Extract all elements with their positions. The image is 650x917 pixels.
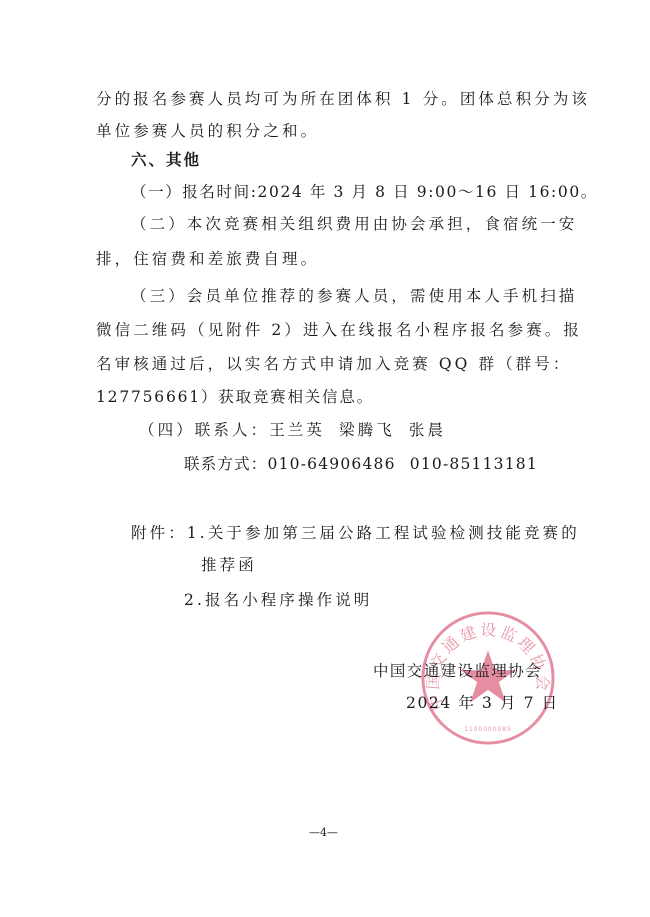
- page-number: —4—: [309, 826, 338, 839]
- attachment-index: 1.: [187, 524, 208, 542]
- item-registration-line: 微信二维码（见附件 2）进入在线报名小程序报名参赛。报: [96, 320, 582, 340]
- section-heading: 六、其他: [131, 150, 201, 170]
- phone-number: 010-85113181: [410, 455, 538, 473]
- contacts-label: （四）联系人：: [139, 421, 269, 439]
- svg-text:1100000085: 1100000085: [464, 727, 511, 733]
- paragraph-line: 单位参赛人员的积分之和。: [96, 121, 319, 141]
- contact-name: 王兰英: [269, 421, 325, 439]
- attachment-title-cont: 推荐函: [201, 555, 257, 575]
- attachment-title: 关于参加第三届公路工程试验检测技能竞赛的: [208, 524, 580, 542]
- item-registration-time: （一）报名时间:2024 年 3 月 8 日 9:00～16 日 16:00。: [131, 182, 598, 202]
- signature-organization: 中国交通建设监理协会: [373, 661, 542, 681]
- signature-date: 2024 年 3 月 7 日: [406, 693, 559, 713]
- item-fees-line: 排，住宿费和差旅费自理。: [96, 249, 319, 269]
- paragraph-line: 分的报名参赛人员均可为所在团体积 1 分。团体总积分为该: [96, 89, 590, 109]
- item-fees-line: （二）本次竞赛相关组织费用由协会承担，食宿统一安: [131, 214, 577, 234]
- item-registration-line: （三）会员单位推荐的参赛人员，需使用本人手机扫描: [131, 286, 577, 306]
- contact-name: 梁腾飞: [339, 421, 395, 439]
- phone-number: 010-64906486: [268, 455, 396, 473]
- attachments-label: 附件：: [131, 524, 187, 542]
- item-registration-line: 127756661）获取竞赛相关信息。: [96, 387, 374, 407]
- phone-label: 联系方式：: [184, 455, 268, 473]
- phone-line: 联系方式：010-64906486 010-85113181: [184, 454, 538, 474]
- contact-name: 张晨: [409, 421, 446, 439]
- attachment-title: 报名小程序操作说明: [205, 591, 372, 609]
- item-registration-line: 名审核通过后，以实名方式申请加入竞赛 QQ 群（群号：: [96, 354, 571, 374]
- contacts-line: （四）联系人：王兰英 梁腾飞 张晨: [139, 420, 446, 440]
- attachment-index: 2.: [184, 591, 205, 609]
- attachment-item: 附件：1.关于参加第三届公路工程试验检测技能竞赛的: [131, 523, 580, 543]
- attachment-item: 2.报名小程序操作说明: [184, 590, 372, 610]
